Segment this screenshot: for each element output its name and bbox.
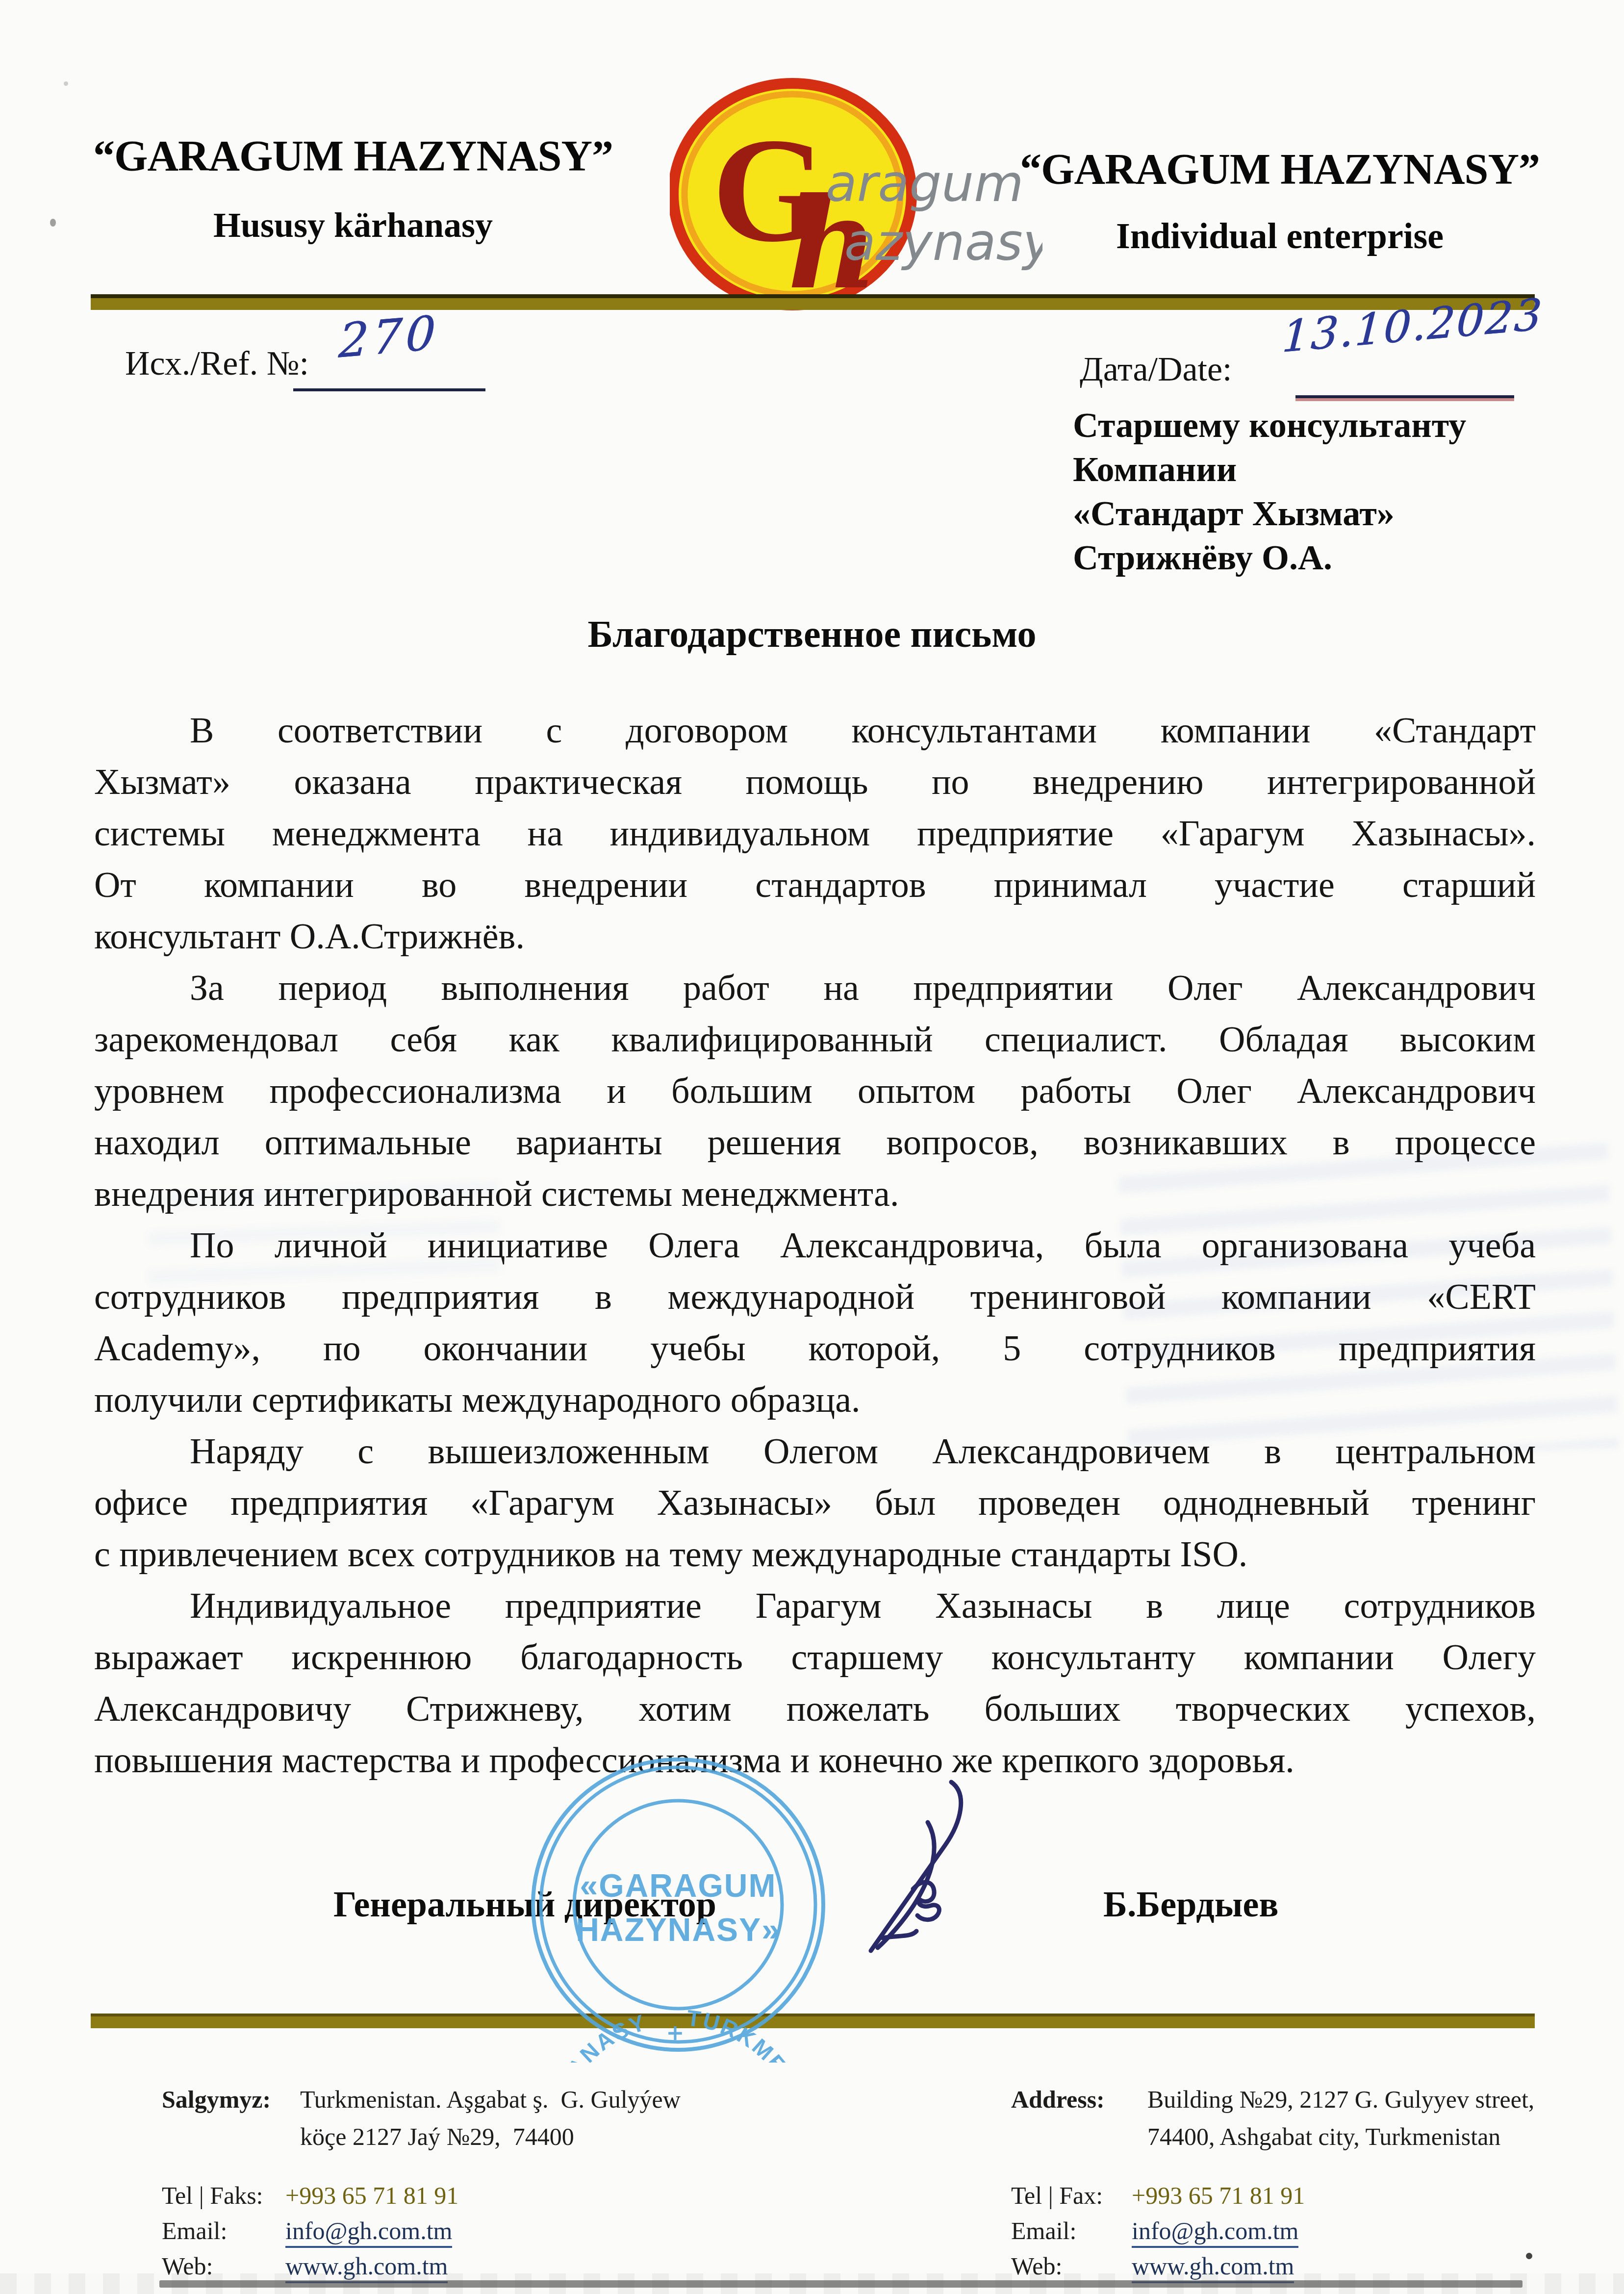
body-line: офисе предприятия «Гарагум Хазынасы» был… xyxy=(94,1478,1536,1529)
body-line: уровнем профессионализма и большим опыто… xyxy=(94,1066,1536,1117)
stamp-outer-ring-2 xyxy=(541,1767,815,2042)
company-stamp: TURKMENISTAN AŞGABAT ŞÄHERI. HUSUSY KÄRH… xyxy=(524,1749,833,2063)
body-line: Индивидуальное предприятие Гарагум Хазын… xyxy=(94,1580,1536,1632)
stamp-center-line1: «GARAGUM xyxy=(580,1867,776,1904)
footer-right-email-label: Email: xyxy=(1011,2217,1076,2245)
body-line: находил оптимальные варианты решения воп… xyxy=(94,1117,1536,1169)
stamp-center-line2: HAZYNASY» xyxy=(576,1912,781,1948)
footer-left-email-label: Email: xyxy=(162,2217,227,2245)
body-line: Александровичу Стрижневу, хотим пожелать… xyxy=(94,1683,1536,1735)
body-line: Наряду с вышеизложенным Олегом Александр… xyxy=(94,1426,1536,1478)
header-right-sub: Individual enterprise xyxy=(995,216,1564,257)
company-logo: G h aragum azynasy xyxy=(670,77,1042,312)
body-line: Хызмат» оказана практическая помощь по в… xyxy=(94,757,1536,808)
footer-left-address-label: Salgymyz: xyxy=(162,2085,271,2114)
body-line: сотрудников предприятия в международной … xyxy=(94,1272,1536,1323)
header-left: “GARAGUM HAZYNASY” xyxy=(69,131,637,181)
body-line: внедрения интегрированной системы менедж… xyxy=(94,1169,1536,1220)
recipient-line: Стрижнёву О.А. xyxy=(1073,535,1593,580)
signer-name: Б.Бердыев xyxy=(1103,1884,1278,1926)
body-line: От компании во внедрении стандартов прин… xyxy=(94,860,1536,911)
body-line: системы менеджмента на индивидуальном пр… xyxy=(94,808,1536,860)
footer-right-tel-label: Tel | Fax: xyxy=(1011,2181,1103,2210)
footer-left-address-line1: Turkmenistan. Aşgabat ş. G. Gulyýew xyxy=(300,2085,681,2114)
header-right: “GARAGUM HAZYNASY” xyxy=(995,145,1564,194)
stamp-bottom-mark: + xyxy=(666,2020,685,2045)
footer-left-tel-label: Tel | Faks: xyxy=(162,2181,263,2210)
logo-word-top: aragum xyxy=(826,153,1023,213)
company-name-right: “GARAGUM HAZYNASY” xyxy=(995,145,1564,194)
body-line: с привлечением всех сотрудников на тему … xyxy=(94,1529,1536,1580)
scan-speck xyxy=(1526,2253,1532,2259)
recipient-line: Старшему консультанту xyxy=(1073,403,1593,447)
signature-ink xyxy=(854,1775,1023,1966)
footer-left-tel-value: +993 65 71 81 91 xyxy=(285,2181,458,2210)
scan-speck xyxy=(64,81,68,86)
recipient-block: Старшему консультанту Компании «Стандарт… xyxy=(1073,403,1593,580)
scan-speck xyxy=(50,219,56,227)
body-line: По личной инициативе Олега Александрович… xyxy=(94,1220,1536,1272)
body-line: консультант О.А.Стрижнёв. xyxy=(94,911,1536,963)
signature-stroke xyxy=(883,1931,916,1938)
footer-right-address-label: Address: xyxy=(1011,2085,1105,2114)
ref-value-handwritten: 270 xyxy=(337,306,440,369)
header-rule xyxy=(91,294,1535,310)
footer-right-address-line1: Building №29, 2127 G. Gulyyev street, xyxy=(1147,2085,1534,2114)
body-line: зарекомендовал себя как квалифицированны… xyxy=(94,1014,1536,1066)
header-left-sub: Hususy kärhanasy xyxy=(69,205,637,246)
date-label: Дата/Date: xyxy=(1080,350,1232,389)
ref-label: Исх./Ref. №: xyxy=(125,344,309,383)
signature-stroke xyxy=(871,1782,961,1951)
body-line: получили сертификаты международного обра… xyxy=(94,1375,1536,1426)
company-name-left: “GARAGUM HAZYNASY” xyxy=(69,131,637,181)
body-line: выражает искреннюю благодарность старшем… xyxy=(94,1632,1536,1683)
scanned-letter-page: “GARAGUM HAZYNASY” Hususy kärhanasy G h … xyxy=(0,0,1624,2294)
company-type-right: Individual enterprise xyxy=(995,216,1564,257)
recipient-line: «Стандарт Хызмат» xyxy=(1073,491,1593,535)
letter-title: Благодарственное письмо xyxy=(0,612,1624,656)
stamp-inner-ring xyxy=(574,1801,782,2009)
recipient-line: Компании xyxy=(1073,447,1593,491)
scanner-edge-line xyxy=(159,2280,1522,2288)
footer-right-address-line2: 74400, Ashgabat city, Turkmenistan xyxy=(1147,2122,1500,2151)
body-line: Academy», по окончании учебы которой, 5 … xyxy=(94,1323,1536,1375)
company-type-left: Hususy kärhanasy xyxy=(69,205,637,246)
footer-right-tel-value: +993 65 71 81 91 xyxy=(1132,2181,1305,2210)
stamp-outer-ring xyxy=(533,1759,823,2050)
footer-left-email-value: info@gh.com.tm xyxy=(285,2217,452,2248)
letter-body: В соответствии с договором консультантам… xyxy=(94,705,1536,1786)
signature-stroke xyxy=(913,1882,939,1920)
body-line: В соответствии с договором консультантам… xyxy=(94,705,1536,757)
footer-right-email-value: info@gh.com.tm xyxy=(1132,2217,1298,2248)
footer-left-address-line2: köçe 2127 Jaý №29, 74400 xyxy=(300,2122,574,2151)
body-line: За период выполнения работ на предприяти… xyxy=(94,963,1536,1014)
